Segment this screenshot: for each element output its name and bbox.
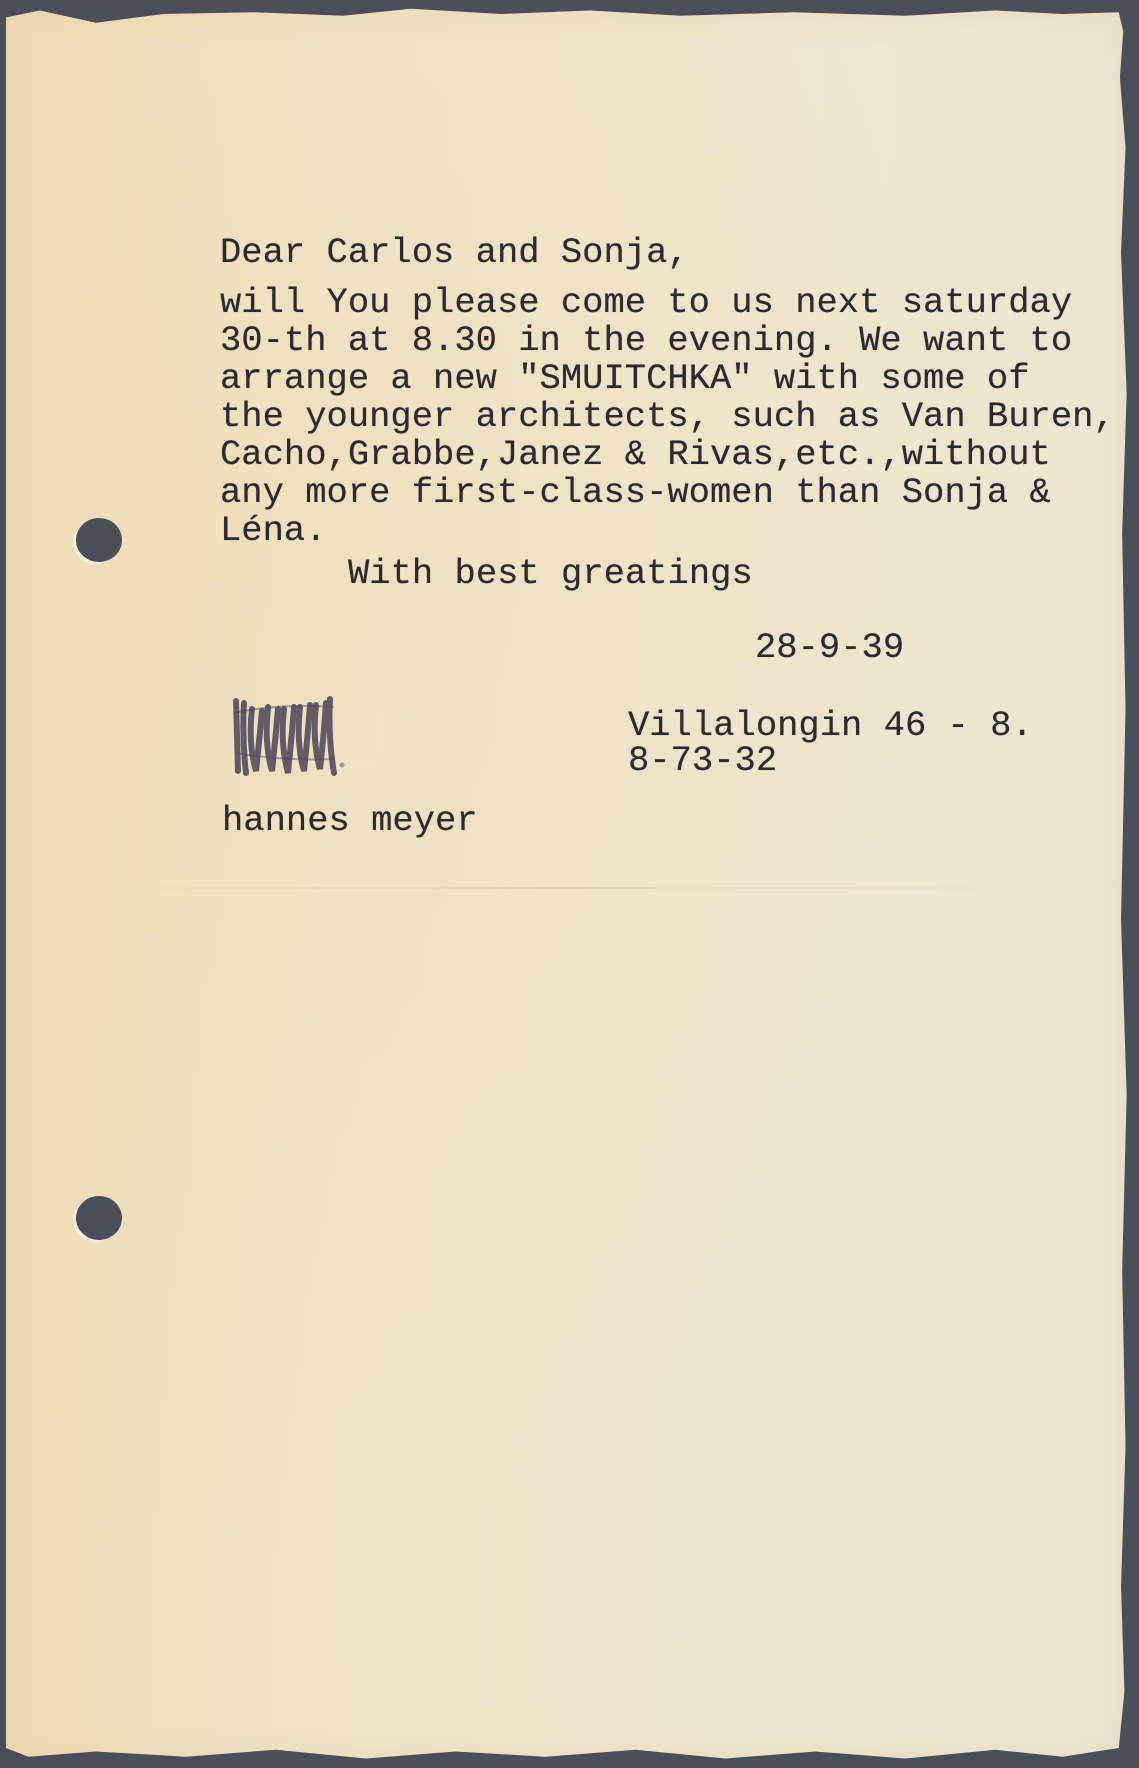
body-line: the younger architects, such as Van Bure… <box>220 398 1115 436</box>
punch-hole-icon <box>76 1196 122 1240</box>
body-line: will You please come to us next saturday <box>220 284 1072 322</box>
letter-date: 28-9-39 <box>755 629 904 667</box>
body-line: Cacho,Grabbe,Janez & Rivas,etc.,without <box>220 436 1051 474</box>
phone-number: 8-73-32 <box>628 742 777 780</box>
body-line: 30-th at 8.30 in the evening. We want to <box>220 322 1072 360</box>
closing: With best greatings <box>348 555 753 593</box>
body-line: Léna. <box>220 512 327 550</box>
signature-icon <box>230 693 380 778</box>
punch-hole-icon <box>76 518 122 562</box>
paper-fold-crease <box>6 887 1130 889</box>
signatory-name: hannes meyer <box>222 802 478 840</box>
body-line: arrange a new "SMUITCHKA" with some of <box>220 360 1030 398</box>
body-line: any more first-class-women than Sonja & <box>220 474 1051 512</box>
salutation: Dear Carlos and Sonja, <box>220 234 689 272</box>
